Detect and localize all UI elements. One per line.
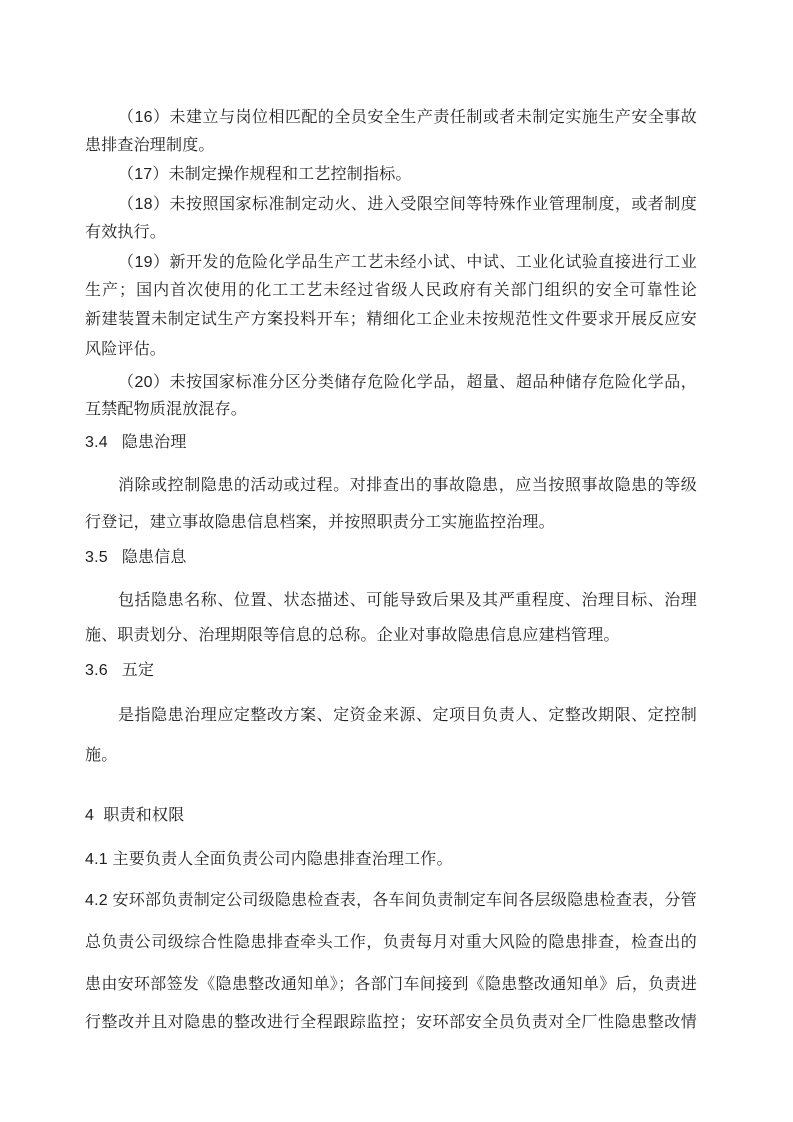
para-4-2-line-4: 行整改并且对隐患的整改进行全程跟踪监控；安环部安全员负责对全厂性隐患整改情况 [85, 1011, 697, 1035]
item-18-line-2: 有效执行。 [85, 221, 697, 245]
document-page: （16）未建立与岗位相匹配的全员安全生产责任制或者未制定实施生产安全事故隐 患排… [0, 0, 793, 1122]
para-3-4-line-2: 行登记，建立事故隐患信息档案，并按照职责分工实施监控治理。 [85, 511, 697, 535]
item-18-line-1: （18）未按照国家标准制定动火、进入受限空间等特殊作业管理制度，或者制度未 [85, 193, 697, 217]
item-19-line-1: （19）新开发的危险化学品生产工艺未经小试、中试、工业化试验直接进行工业化 [85, 251, 697, 275]
para-4-1-line-1: 4.1 主要负责人全面负责公司内隐患排查治理工作。 [85, 848, 697, 872]
item-20-line-2: 互禁配物质混放混存。 [85, 398, 697, 422]
para-3-4-line-1: 消除或控制隐患的活动或过程。对排查出的事故隐患，应当按照事故隐患的等级进 [85, 474, 697, 498]
para-3-6-line-1: 是指隐患治理应定整改方案、定资金来源、定项目负责人、定整改期限、定控制措 [85, 704, 697, 728]
item-17-line-1: （17）未制定操作规程和工艺控制指标。 [85, 163, 697, 187]
section-heading-3-6: 3.6 五定 [85, 659, 697, 683]
item-19-line-2: 生产；国内首次使用的化工工艺未经过省级人民政府有关部门组织的安全可靠性论证； [85, 279, 697, 303]
para-3-6-line-2: 施。 [85, 744, 697, 768]
para-3-5-line-2: 施、职责划分、治理期限等信息的总称。企业对事故隐患信息应建档管理。 [85, 624, 697, 648]
item-16-line-1: （16）未建立与岗位相匹配的全员安全生产责任制或者未制定实施生产安全事故隐 [85, 106, 697, 130]
item-20-line-1: （20）未按国家标准分区分类储存危险化学品，超量、超品种储存危险化学品，相 [85, 371, 697, 395]
para-4-2-line-2: 总负责公司级综合性隐患排查牵头工作，负责每月对重大风险的隐患排查，检查出的隐 [85, 931, 697, 955]
item-16-line-2: 患排查治理制度。 [85, 134, 697, 158]
item-19-line-4: 风险评估。 [85, 338, 697, 362]
para-3-5-line-1: 包括隐患名称、位置、状态描述、可能导致后果及其严重程度、治理目标、治理措 [85, 589, 697, 613]
section-heading-3-4: 3.4 隐患治理 [85, 431, 697, 455]
para-4-2-line-3: 患由安环部签发《隐患整改通知单》；各部门车间接到《隐患整改通知单》后，负责进 [85, 973, 697, 997]
section-heading-3-5: 3.5 隐患信息 [85, 546, 697, 570]
item-19-line-3: 新建装置未制定试生产方案投料开车；精细化工企业未按规范性文件要求开展反应安全 [85, 308, 697, 332]
para-4-2-line-1: 4.2 安环部负责制定公司级隐患检查表，各车间负责制定车间各层级隐患检查表，分管… [85, 889, 697, 913]
section-heading-4: 4 职责和权限 [85, 804, 697, 828]
